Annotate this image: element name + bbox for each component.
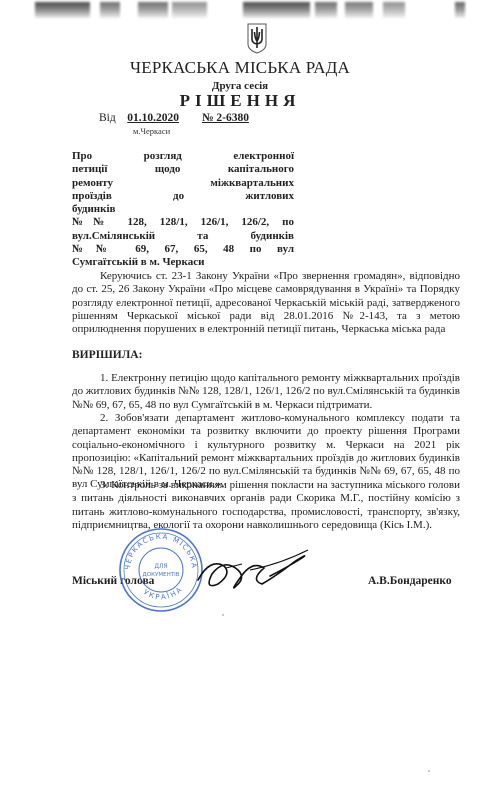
subject-line: Сумгаїтській в м. Черкаси bbox=[72, 256, 294, 269]
city-label: м.Черкаси bbox=[133, 126, 170, 136]
resolution-item-3: 3. Контроль за виконанням рішення поклас… bbox=[72, 479, 460, 532]
subject-line: №№ 128, 128/1, 126/1, 126/2, по bbox=[72, 216, 294, 229]
subject-line: ремонту міжквартальних bbox=[72, 177, 294, 190]
trident-coat-of-arms-icon bbox=[246, 22, 268, 54]
signature-icon bbox=[190, 540, 320, 600]
document-type-title: РІШЕННЯ bbox=[0, 91, 480, 111]
decision-number: № 2-6380 bbox=[202, 112, 249, 124]
svg-text:ДОКУМЕНТІВ: ДОКУМЕНТІВ bbox=[143, 572, 180, 578]
signatory-name: А.В.Бондаренко bbox=[368, 575, 452, 587]
svg-text:УКРАЇНА: УКРАЇНА bbox=[142, 585, 185, 602]
item-text: 3. Контроль за виконанням рішення поклас… bbox=[72, 479, 460, 531]
subject-line: петиції щодо капітального bbox=[72, 163, 294, 176]
subject-line: проїздів до житлових bbox=[72, 190, 294, 203]
subject-line: вул.Смілянській та будинків bbox=[72, 230, 294, 243]
subject-line: будинків bbox=[72, 203, 294, 216]
scan-speck bbox=[222, 614, 224, 616]
resolved-label: ВИРІШИЛА: bbox=[72, 349, 142, 361]
intro-paragraph: Керуючись ст. 23-1 Закону України «Про з… bbox=[72, 270, 460, 336]
resolution-item-1: 1. Електронну петицію щодо капітального … bbox=[72, 372, 460, 412]
svg-text:ДЛЯ: ДЛЯ bbox=[154, 563, 167, 570]
date-number-line: Від 01.10.2020 № 2-6380 bbox=[99, 112, 249, 124]
subject-line: №№ 69, 67, 65, 48 по вул bbox=[72, 243, 294, 256]
intro-text: Керуючись ст. 23-1 Закону України «Про з… bbox=[72, 270, 460, 335]
subject-line: Про розгляд електронної bbox=[72, 150, 294, 163]
subject-block: Про розгляд електронної петиції щодо кап… bbox=[72, 150, 294, 270]
council-name: ЧЕРКАСЬКА МІСЬКА РАДА bbox=[0, 58, 480, 78]
decision-date: 01.10.2020 bbox=[127, 112, 179, 124]
item-text: 1. Електронну петицію щодо капітального … bbox=[72, 372, 460, 411]
date-prefix: Від bbox=[99, 112, 116, 124]
scan-artifact-band bbox=[0, 0, 480, 24]
scan-speck bbox=[428, 770, 430, 772]
